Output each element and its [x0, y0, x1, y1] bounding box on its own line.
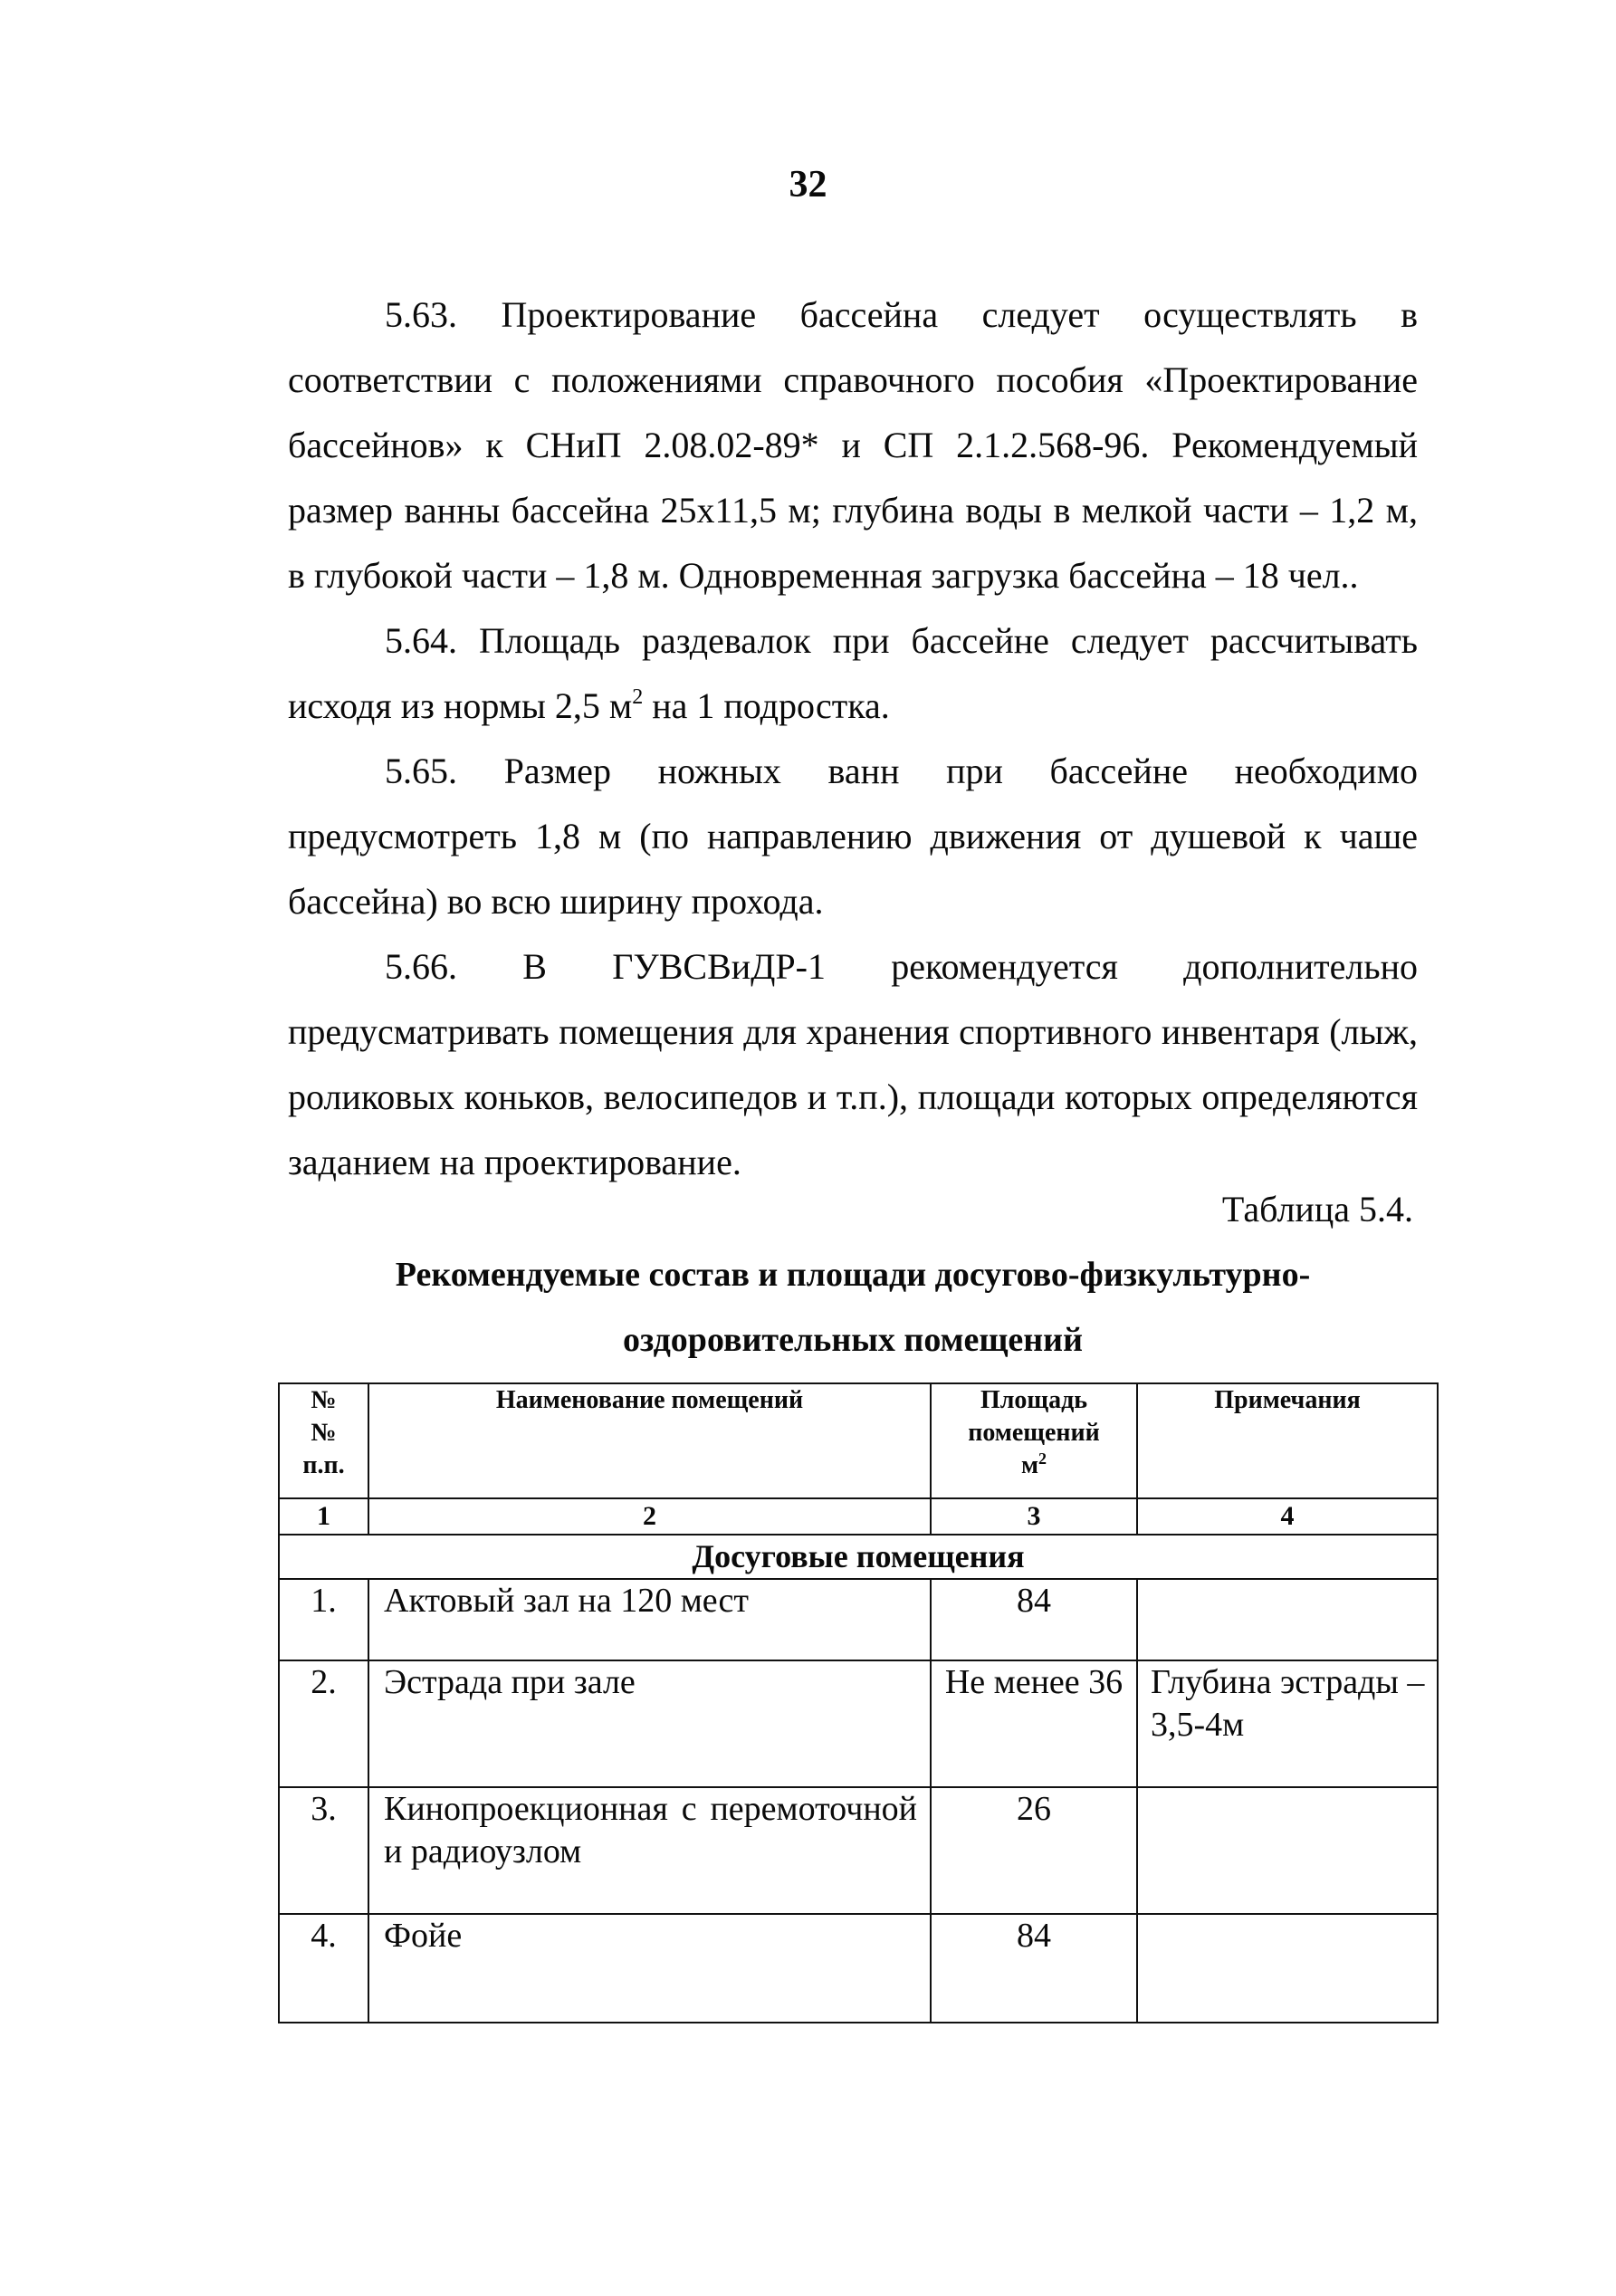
room-area: Не менее 36: [931, 1660, 1137, 1787]
paragraph-5-64: 5.64. Площадь раздевалок при бассейне сл…: [288, 608, 1418, 739]
paragraph-5-65: 5.65. Размер ножных ванн при бассейне не…: [288, 739, 1418, 934]
room-name: Кинопроекционная с перемоточной и радиоу…: [368, 1787, 931, 1914]
table-caption: Таблица 5.4.: [288, 1177, 1413, 1242]
table-header-row: № № п.п. Наименование помещений Площадь …: [279, 1383, 1438, 1498]
table-row: 2. Эстрада при зале Не менее 36 Глубина …: [279, 1660, 1438, 1787]
room-name: Актовый зал на 120 мест: [368, 1579, 931, 1660]
table-title: Рекомендуемые состав и площади досугово-…: [288, 1242, 1418, 1373]
room-name: Эстрада при зале: [368, 1660, 931, 1787]
row-number: 3.: [279, 1787, 368, 1914]
paragraph-5-66: 5.66. В ГУВСВиДР-1 рекомендуется дополни…: [288, 934, 1418, 1195]
paragraph-5-64-text-end: на 1 подростка.: [643, 685, 890, 726]
room-note: [1137, 1579, 1438, 1660]
column-number: 4: [1137, 1498, 1438, 1535]
row-number: 1.: [279, 1579, 368, 1660]
body-text: 5.63. Проектирование бассейна следует ос…: [288, 282, 1418, 1195]
header-number-line: №: [280, 1384, 368, 1417]
column-number: 1: [279, 1498, 368, 1535]
room-name: Фойе: [368, 1914, 931, 2023]
header-name: Наименование помещений: [368, 1383, 931, 1498]
header-number: № № п.п.: [279, 1383, 368, 1498]
room-area: 84: [931, 1579, 1137, 1660]
column-number: 3: [931, 1498, 1137, 1535]
column-number: 2: [368, 1498, 931, 1535]
table-row: 1. Актовый зал на 120 мест 84: [279, 1579, 1438, 1660]
room-area: 26: [931, 1787, 1137, 1914]
header-number-line: №: [280, 1417, 368, 1449]
row-number: 2.: [279, 1660, 368, 1787]
paragraph-5-63: 5.63. Проектирование бассейна следует ос…: [288, 282, 1418, 608]
unit: м: [1021, 1451, 1038, 1479]
room-area: 84: [931, 1914, 1137, 2023]
header-area-line: Площадь: [932, 1384, 1136, 1417]
room-note: Глубина эстрады – 3,5-4м: [1137, 1660, 1438, 1787]
rooms-table: № № п.п. Наименование помещений Площадь …: [278, 1382, 1439, 2023]
page-number: 32: [0, 163, 1616, 206]
section-title: Досуговые помещения: [279, 1535, 1438, 1579]
superscript: 2: [632, 685, 643, 709]
table-row: 4. Фойе 84: [279, 1914, 1438, 2023]
column-numbers-row: 1 2 3 4: [279, 1498, 1438, 1535]
table-row: 3. Кинопроекционная с перемоточной и рад…: [279, 1787, 1438, 1914]
room-note: [1137, 1914, 1438, 2023]
section-row: Досуговые помещения: [279, 1535, 1438, 1579]
header-area: Площадь помещений м2: [931, 1383, 1137, 1498]
room-note: [1137, 1787, 1438, 1914]
header-number-line: п.п.: [280, 1449, 368, 1482]
header-area-unit: м2: [932, 1449, 1136, 1482]
row-number: 4.: [279, 1914, 368, 2023]
superscript: 2: [1038, 1449, 1047, 1468]
header-notes: Примечания: [1137, 1383, 1438, 1498]
header-area-line: помещений: [932, 1417, 1136, 1449]
